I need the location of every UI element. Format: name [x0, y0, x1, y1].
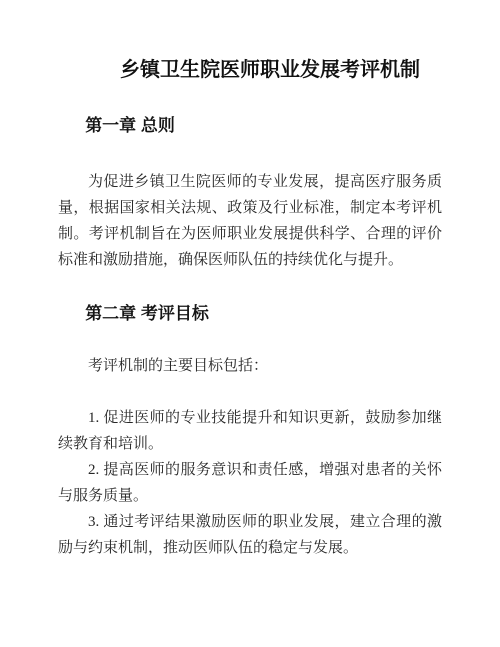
chapter-2-heading: 第二章 考评目标	[58, 303, 442, 325]
objective-list-item-3: 3. 通过考评结果激励医师的职业发展，建立合理的激励与约束机制，推动医师队伍的稳…	[58, 509, 442, 561]
document-title: 乡镇卫生院医师职业发展考评机制	[58, 57, 442, 83]
objective-list-item-1: 1. 促进医师的专业技能提升和知识更新，鼓励参加继续教育和培训。	[58, 405, 442, 457]
chapter-1-heading: 第一章 总则	[58, 115, 442, 137]
objective-list-item-2: 2. 提高医师的服务意识和责任感，增强对患者的关怀与服务质量。	[58, 457, 442, 509]
chapter-2-intro-paragraph: 考评机制的主要目标包括：	[58, 353, 442, 379]
document-page: 乡镇卫生院医师职业发展考评机制 第一章 总则 为促进乡镇卫生院医师的专业发展，提…	[0, 0, 500, 647]
chapter-1-paragraph: 为促进乡镇卫生院医师的专业发展，提高医疗服务质量，根据国家相关法规、政策及行业标…	[58, 169, 442, 273]
